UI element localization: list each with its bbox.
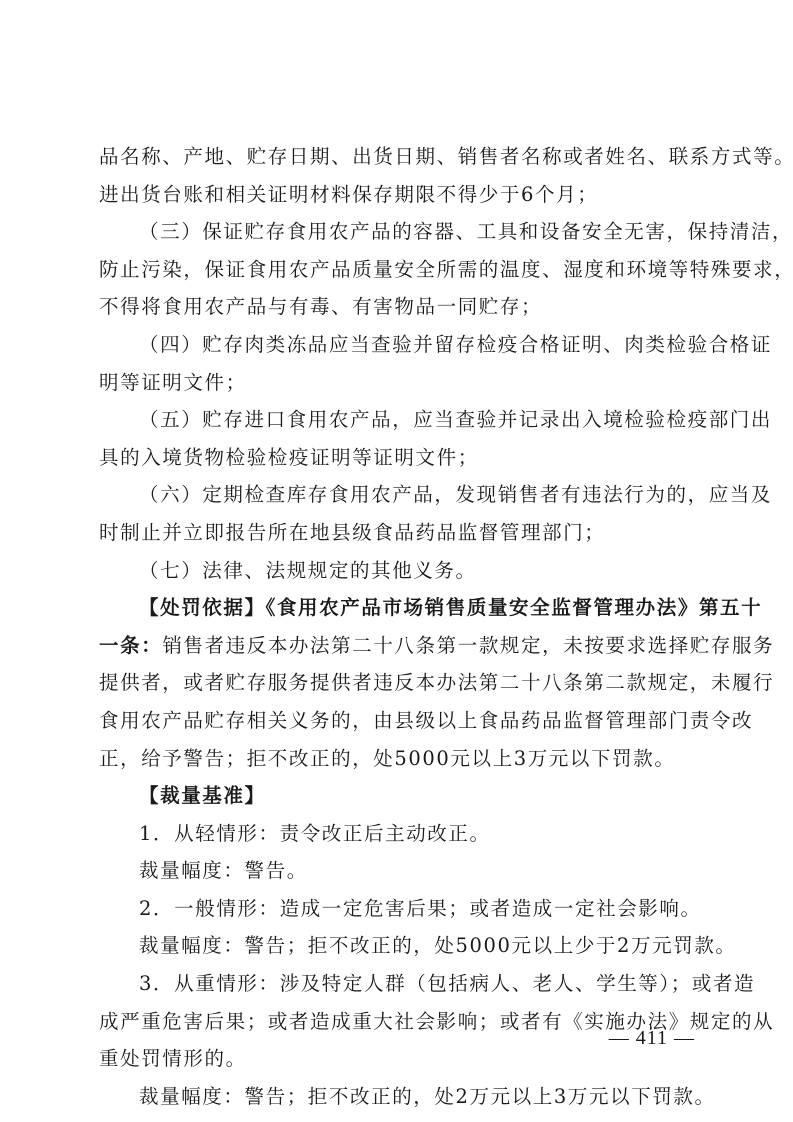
penalty-basis-heading: 【处罚依据】《食用农产品市场销售质量安全监督管理办法》第五十 <box>99 589 695 627</box>
discretion-range-3: 裁量幅度：警告；拒不改正的，处2万元以上3万元以下罚款。 <box>99 1078 695 1116</box>
discretion-range-1: 裁量幅度：警告。 <box>99 852 695 890</box>
text-line: 进出货台账和相关证明材料保存期限不得少于6个月； <box>99 176 695 214</box>
discretion-case-3-cont: 成严重危害后果；或者造成重大社会影响；或者有《实施办法》规定的从 <box>99 1003 695 1041</box>
text-line: 不得将食用农产品与有毒、有害物品一同贮存； <box>99 288 695 326</box>
clause-7: （七）法律、法规规定的其他义务。 <box>99 552 695 590</box>
clause-4: （四）贮存肉类冻品应当查验并留存检疫合格证明、肉类检验合格证 <box>99 326 695 364</box>
discretion-range-2: 裁量幅度：警告；拒不改正的，处5000元以上少于2万元罚款。 <box>99 927 695 965</box>
clause-5: （五）贮存进口食用农产品，应当查验并记录出入境检验检疫部门出 <box>99 401 695 439</box>
clause-3: （三）保证贮存食用农产品的容器、工具和设备安全无害，保持清洁， <box>99 213 695 251</box>
discretion-case-3-cont: 重处罚情形的。 <box>99 1040 695 1078</box>
document-page: 品名称、产地、贮存日期、出货日期、销售者名称或者姓名、联系方式等。 进出货台账和… <box>99 138 695 1115</box>
text-line: 防止污染，保证食用农产品质量安全所需的温度、湿度和环境等特殊要求， <box>99 251 695 289</box>
text-line: 明等证明文件； <box>99 364 695 402</box>
penalty-basis-line: 食用农产品贮存相关义务的，由县级以上食品药品监督管理部门责令改 <box>99 702 695 740</box>
penalty-basis-article: 一条： <box>99 634 162 657</box>
discretion-case-3: 3．从重情形：涉及特定人群（包括病人、老人、学生等）；或者造 <box>99 965 695 1003</box>
text-line: 时制止并立即报告所在地县级食品药品监督管理部门； <box>99 514 695 552</box>
penalty-basis-line: 提供者，或者贮存服务提供者违反本办法第二十八条第二款规定，未履行 <box>99 664 695 702</box>
text-line: 具的入境货物检验检疫证明等证明文件； <box>99 439 695 477</box>
discretion-heading: 【裁量基准】 <box>99 777 695 815</box>
discretion-case-2: 2．一般情形：造成一定危害后果；或者造成一定社会影响。 <box>99 890 695 928</box>
discretion-case-1: 1．从轻情形：责令改正后主动改正。 <box>99 815 695 853</box>
page-number: — 411 — <box>609 1027 695 1050</box>
text-line: 品名称、产地、贮存日期、出货日期、销售者名称或者姓名、联系方式等。 <box>99 138 695 176</box>
penalty-basis-text: 销售者违反本办法第二十八条第一款规定，未按要求选择贮存服务 <box>162 634 774 657</box>
penalty-basis-line: 正，给予警告；拒不改正的，处5000元以上3万元以下罚款。 <box>99 740 695 778</box>
clause-6: （六）定期检查库存食用农产品，发现销售者有违法行为的，应当及 <box>99 476 695 514</box>
penalty-basis-line: 一条：销售者违反本办法第二十八条第一款规定，未按要求选择贮存服务 <box>99 627 695 665</box>
